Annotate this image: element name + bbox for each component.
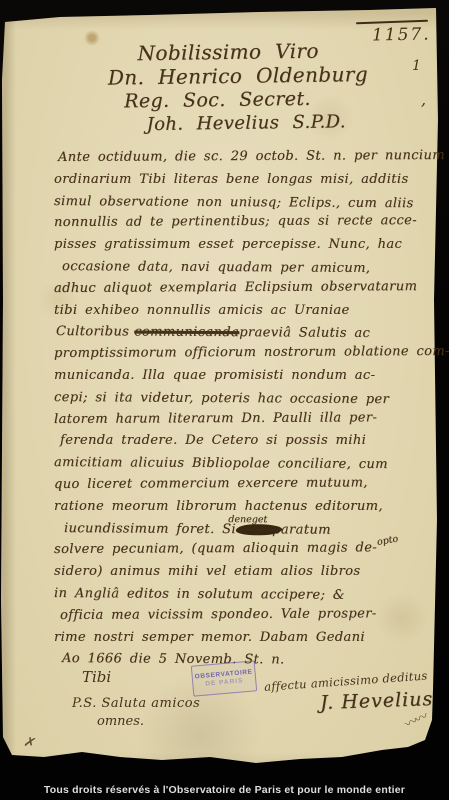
- body-line: latorem harum literarum Dn. Paulli illa …: [54, 407, 436, 431]
- body-line: quo liceret commercium exercere mutuum,: [54, 472, 436, 496]
- body-line: municanda. Illa quae promisisti nondum a…: [54, 365, 436, 387]
- body-line: nonnullis ad te pertinentibus; quas si r…: [54, 210, 436, 234]
- letter-body: Ante octiduum, die sc. 29 octob. St. n. …: [54, 147, 436, 670]
- document-scan-view: 1157. 1 , Nobilissimo Viro Dn. Henrico O…: [0, 0, 449, 800]
- body-line: sidero) animus mihi vel etiam alios libr…: [54, 561, 436, 583]
- body-line: tibi exhibeo nonnullis amicis ac Uraniae: [54, 300, 436, 322]
- inked-out-word: ———: [235, 524, 283, 535]
- body-line: adhuc aliquot exemplaria Eclipsium obser…: [54, 276, 436, 300]
- observatoire-stamp: OBSERVATOIRE DE PARIS: [191, 660, 257, 696]
- body-line: ferenda tradere. De Cetero si possis mih…: [54, 430, 436, 452]
- body-line: Ante octiduum, die sc. 29 octob. St. n. …: [54, 145, 436, 169]
- interlinear-insertion: opto: [375, 529, 400, 554]
- body-line: rime nostri semper memor. Dabam Gedani: [54, 627, 436, 649]
- letter-heading: Nobilissimo Viro Dn. Henrico Oldenburg R…: [0, 37, 449, 139]
- body-line: pisses gratissimum esset percepisse. Nun…: [54, 234, 436, 256]
- postscript-line-1: P.S. Saluta amicos: [72, 696, 200, 711]
- body-line: ordinarium Tibi literas bene longas misi…: [54, 169, 436, 191]
- address-line-4: Joh. Hevelius S.P.D.: [146, 109, 449, 137]
- closing-tibi: Tibi: [82, 668, 111, 686]
- body-line: officia mea vicissim spondeo. Vale prosp…: [54, 603, 436, 627]
- body-line: solvere pecuniam, (quam alioquin magis d…: [54, 537, 436, 561]
- postscript-line-2: omnes.: [97, 714, 144, 729]
- copyright-caption: Tous droits réservés à l'Observatoire de…: [0, 784, 449, 796]
- body-line: promptissimorum officiorum nostrorum obl…: [54, 341, 436, 365]
- interlinear-insertion: deneget: [228, 514, 267, 525]
